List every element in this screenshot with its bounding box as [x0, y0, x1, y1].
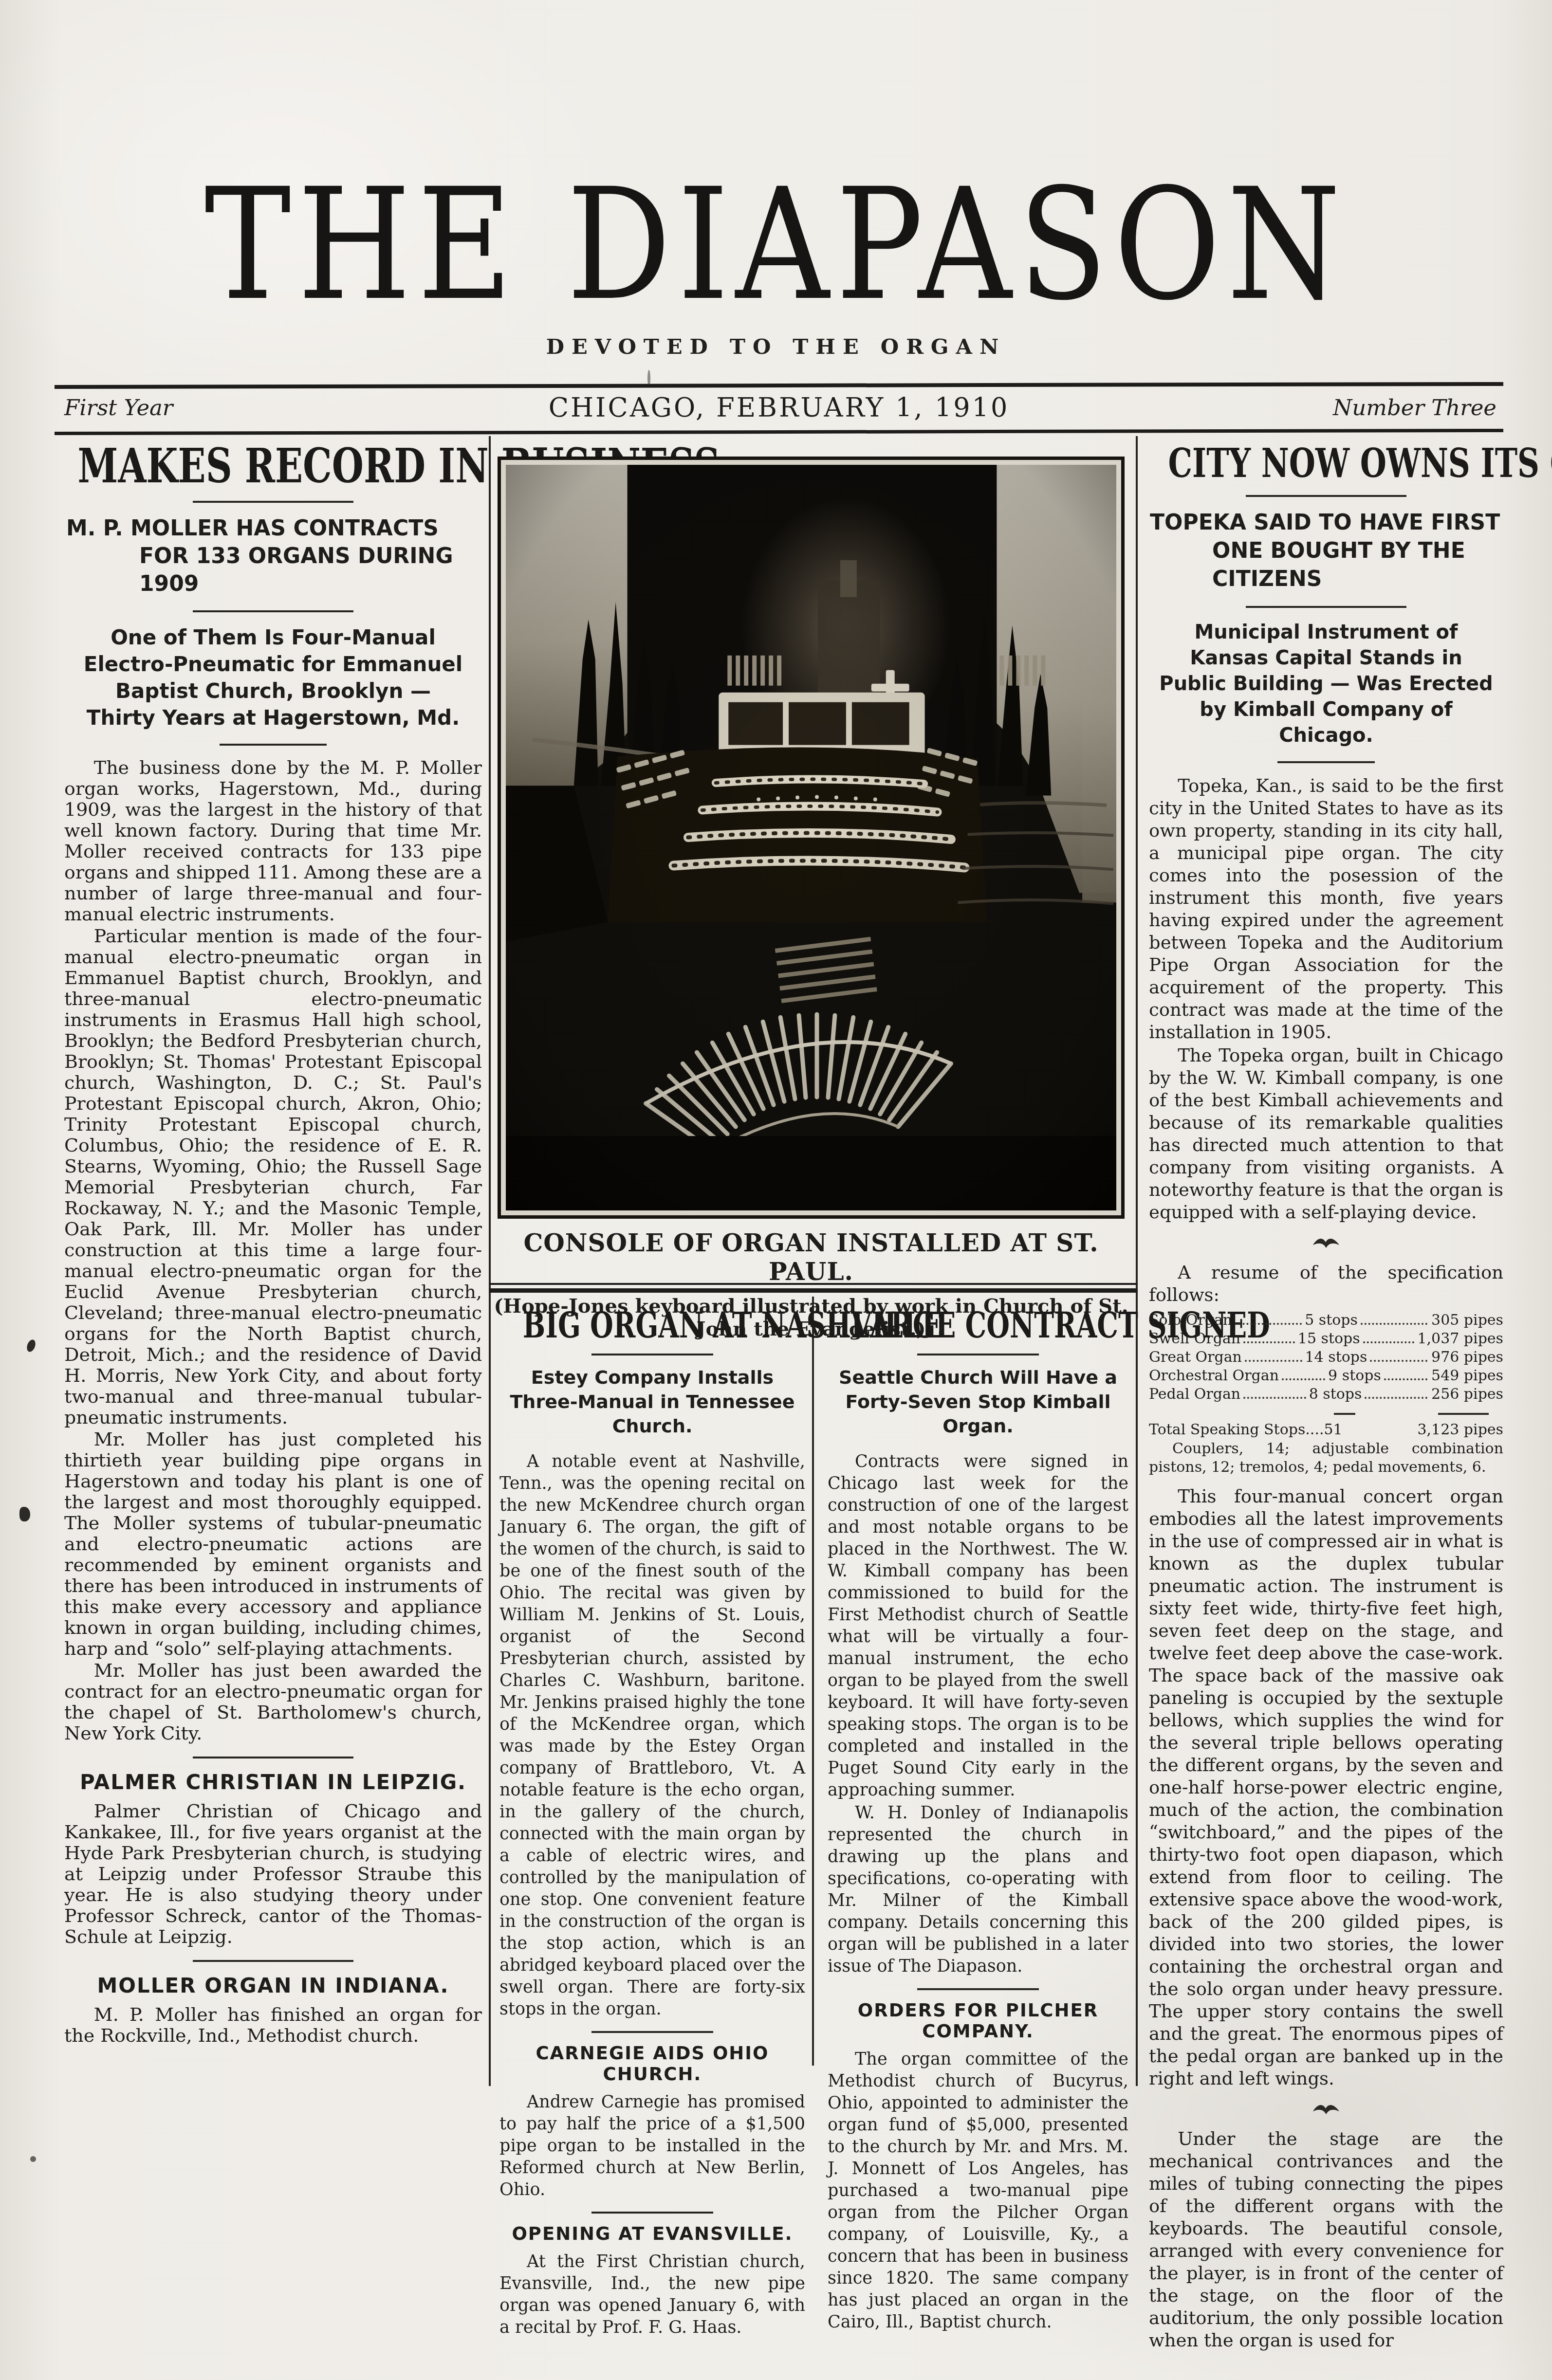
paragraph: Under the stage are the mechanical contr…: [1149, 2128, 1503, 2352]
dot-leader: [1245, 1360, 1302, 1362]
paper-speck: [647, 370, 650, 386]
headline-contract: LARGE CONTRACT SIGNED: [828, 1308, 1128, 1343]
paragraph: At the First Christian church, Evansvill…: [499, 2251, 805, 2339]
article-nashville: BIG ORGAN AT NASHVILLE Estey Company Ins…: [499, 1308, 805, 2340]
divider-rule: [917, 1354, 1039, 1355]
dot-leader: [1235, 1323, 1302, 1325]
subhead-line: ONE BOUGHT BY THE CITIZENS: [1150, 537, 1503, 593]
column-divider: [812, 1297, 814, 2066]
dot-leader: [1361, 1323, 1427, 1325]
spec-division: Solo Organ: [1149, 1311, 1232, 1330]
article-topeka: CITY NOW OWNS ITS ORGAN TOPEKA SAID TO H…: [1149, 444, 1503, 2353]
paragraph: The organ committee of the Methodist chu…: [828, 2049, 1128, 2333]
sub-article-headline: OPENING AT EVANSVILLE.: [499, 2223, 805, 2244]
sub-article-headline: MOLLER ORGAN IN INDIANA.: [64, 1974, 482, 1997]
paragraph: Mr. Moller has just been awarded the con…: [64, 1660, 482, 1744]
divider-rule: [591, 2031, 713, 2033]
spec-pipes: 256 pipes: [1430, 1385, 1503, 1404]
article-body: Contracts were signed in Chicago last we…: [828, 1451, 1128, 1977]
sub-articles: PALMER CHRISTIAN IN LEIPZIG. Palmer Chri…: [64, 1757, 482, 2046]
sub-articles: CARNEGIE AIDS OHIO CHURCH. Andrew Carneg…: [499, 2031, 805, 2339]
horizontal-rule: [55, 382, 1503, 389]
headline-makes-record: MAKES RECORD IN BUSINESS: [64, 444, 482, 488]
spec-pipes: 976 pipes: [1430, 1348, 1503, 1367]
paragraph: The Topeka organ, built in Chicago by th…: [1149, 1044, 1503, 1224]
newspaper-page: THE DIAPASON DEVOTED TO THE ORGAN First …: [0, 0, 1552, 2380]
paragraph: M. P. Moller has finished an organ for t…: [64, 2004, 482, 2046]
sub-articles: ORDERS FOR PILCHER COMPANY. The organ co…: [828, 1988, 1128, 2333]
spec-stops: 15 stops: [1298, 1330, 1360, 1348]
spec-division: Orchestral Organ: [1149, 1367, 1279, 1385]
headline-topeka: CITY NOW OWNS ITS ORGAN: [1149, 444, 1503, 482]
spec-division: Pedal Organ: [1149, 1385, 1240, 1404]
column-divider: [1136, 436, 1138, 2086]
divider-rule: [193, 610, 353, 612]
divider-rule: [1246, 495, 1406, 497]
paper-speck: [25, 1338, 37, 1353]
article-makes-record: MAKES RECORD IN BUSINESS M. P. MOLLER HA…: [64, 444, 482, 2047]
article-body: Under the stage are the mechanical contr…: [1149, 2128, 1503, 2352]
fleuron-ornament: [1312, 1236, 1340, 1251]
horizontal-rule: [489, 1283, 1138, 1293]
spec-row: Great Organ 14 stops 976 pipes: [1149, 1348, 1503, 1367]
spec-stops: 8 stops: [1309, 1385, 1362, 1404]
paragraph: Particular mention is made of the four-m…: [64, 926, 482, 1428]
spec-pipes: 549 pipes: [1430, 1367, 1503, 1385]
spec-stops: 9 stops: [1328, 1367, 1381, 1385]
column-divider: [489, 436, 491, 2086]
divider-rule: [1246, 606, 1406, 608]
dateline: First Year CHICAGO, FEBRUARY 1, 1910 Num…: [55, 392, 1503, 423]
paragraph: W. H. Donley of Indianapolis represented…: [828, 1802, 1128, 1977]
deck-topeka: Municipal Instrument of Kansas Capital S…: [1149, 620, 1503, 749]
spec-division: Swell Organ: [1149, 1330, 1240, 1348]
dot-leader: [1370, 1360, 1427, 1362]
dot-leader: [1365, 1397, 1427, 1399]
dateline-volume: First Year: [55, 395, 173, 421]
subhead-line: TOPEKA SAID TO HAVE FIRST: [1150, 509, 1503, 537]
subhead-line: M. P. MOLLER HAS CONTRACTS: [66, 514, 482, 542]
article-body: This four-manual concert organ embodies …: [1149, 1485, 1503, 2090]
paper-speck: [19, 1507, 30, 1521]
paragraph: Topeka, Kan., is said to be the first ci…: [1149, 775, 1503, 1044]
paragraph: Palmer Christian of Chicago and Kankakee…: [64, 1801, 482, 1947]
subhead-moller-contracts: M. P. MOLLER HAS CONTRACTS FOR 133 ORGAN…: [66, 514, 482, 598]
headline-nashville: BIG ORGAN AT NASHVILLE: [499, 1308, 805, 1343]
sub-article-headline: ORDERS FOR PILCHER COMPANY.: [828, 2000, 1128, 2042]
divider-rule: [591, 2212, 713, 2214]
dot-leader: [1282, 1378, 1325, 1380]
paragraph: A notable event at Nashville, Tenn., was…: [499, 1451, 805, 2020]
deck-makes-record: One of Them Is Four-Manual Electro-Pneum…: [64, 624, 482, 731]
spec-row: Orchestral Organ 9 stops 549 pipes: [1149, 1367, 1503, 1385]
subhead-topeka: TOPEKA SAID TO HAVE FIRST ONE BOUGHT BY …: [1150, 509, 1503, 593]
organ-specification-table: Solo Organ 5 stops 305 pipes Swell Organ…: [1149, 1311, 1503, 1404]
deck-nashville: Estey Company Installs Three-Manual in T…: [499, 1365, 805, 1438]
organ-console-photo: [498, 457, 1125, 1219]
paragraph: The business done by the M. P. Moller or…: [64, 757, 482, 925]
paragraph: Contracts were signed in Chicago last we…: [828, 1451, 1128, 1801]
paragraph: Andrew Carnegie has promised to pay half…: [499, 2091, 805, 2201]
spec-accessories: Couplers, 14; adjustable combination pis…: [1149, 1440, 1503, 1477]
spec-row: Swell Organ 15 stops 1,037 pipes: [1149, 1330, 1503, 1348]
sub-article-headline: CARNEGIE AIDS OHIO CHURCH.: [499, 2043, 805, 2085]
photo-illustration: [506, 465, 1116, 1210]
divider-rule: [1277, 761, 1375, 763]
spec-row: Solo Organ 5 stops 305 pipes: [1149, 1311, 1503, 1330]
sum-rules: [1149, 1408, 1503, 1420]
dateline-date: CHICAGO, FEBRUARY 1, 1910: [549, 392, 1010, 423]
article-contract: LARGE CONTRACT SIGNED Seattle Church Wil…: [828, 1308, 1128, 2334]
spec-stops: 5 stops: [1305, 1311, 1358, 1330]
spec-pipes: 305 pipes: [1430, 1311, 1503, 1330]
fleuron-ornament: [1312, 2103, 1340, 2117]
article-body: A notable event at Nashville, Tenn., was…: [499, 1451, 805, 2020]
divider-rule: [193, 1757, 353, 1758]
deck-contract: Seattle Church Will Have a Forty-Seven S…: [828, 1365, 1128, 1438]
divider-rule: [591, 1354, 713, 1355]
spec-stops: 14 stops: [1305, 1348, 1367, 1367]
dot-leader: [1243, 1341, 1295, 1343]
photo-caption: CONSOLE OF ORGAN INSTALLED AT ST. PAUL.: [493, 1228, 1129, 1286]
dot-leader: [1243, 1397, 1306, 1399]
dot-leader: [1363, 1341, 1415, 1343]
subhead-line: FOR 133 ORGANS DURING 1909: [66, 542, 482, 598]
spec-total-row: Total Speaking Stops....51 3,123 pipes: [1149, 1420, 1503, 1440]
spec-pipes: 1,037 pipes: [1417, 1330, 1503, 1348]
masthead-tagline: DEVOTED TO THE ORGAN: [0, 335, 1552, 359]
divider-rule: [193, 501, 353, 503]
spec-division: Great Organ: [1149, 1348, 1242, 1367]
divider-rule: [220, 744, 327, 746]
article-body: Topeka, Kan., is said to be the first ci…: [1149, 775, 1503, 1224]
paragraph: Mr. Moller has just completed his thirti…: [64, 1429, 482, 1659]
divider-rule: [917, 1988, 1039, 1990]
spec-intro: A resume of the specification follows:: [1149, 1262, 1503, 1306]
dateline-number: Number Three: [1333, 395, 1503, 421]
masthead-title: THE DIAPASON: [0, 161, 1552, 307]
sub-article-headline: PALMER CHRISTIAN IN LEIPZIG.: [64, 1770, 482, 1794]
horizontal-rule: [55, 429, 1503, 435]
spec-row: Pedal Organ 8 stops 256 pipes: [1149, 1385, 1503, 1404]
paper-speck: [30, 2156, 36, 2162]
dot-leader: [1384, 1378, 1427, 1380]
paragraph: This four-manual concert organ embodies …: [1149, 1485, 1503, 2090]
divider-rule: [193, 1960, 353, 1962]
spec-total-pipes: 3,123 pipes: [1417, 1420, 1503, 1440]
article-body: The business done by the M. P. Moller or…: [64, 757, 482, 1744]
spec-total-label: Total Speaking Stops....51: [1149, 1420, 1343, 1440]
